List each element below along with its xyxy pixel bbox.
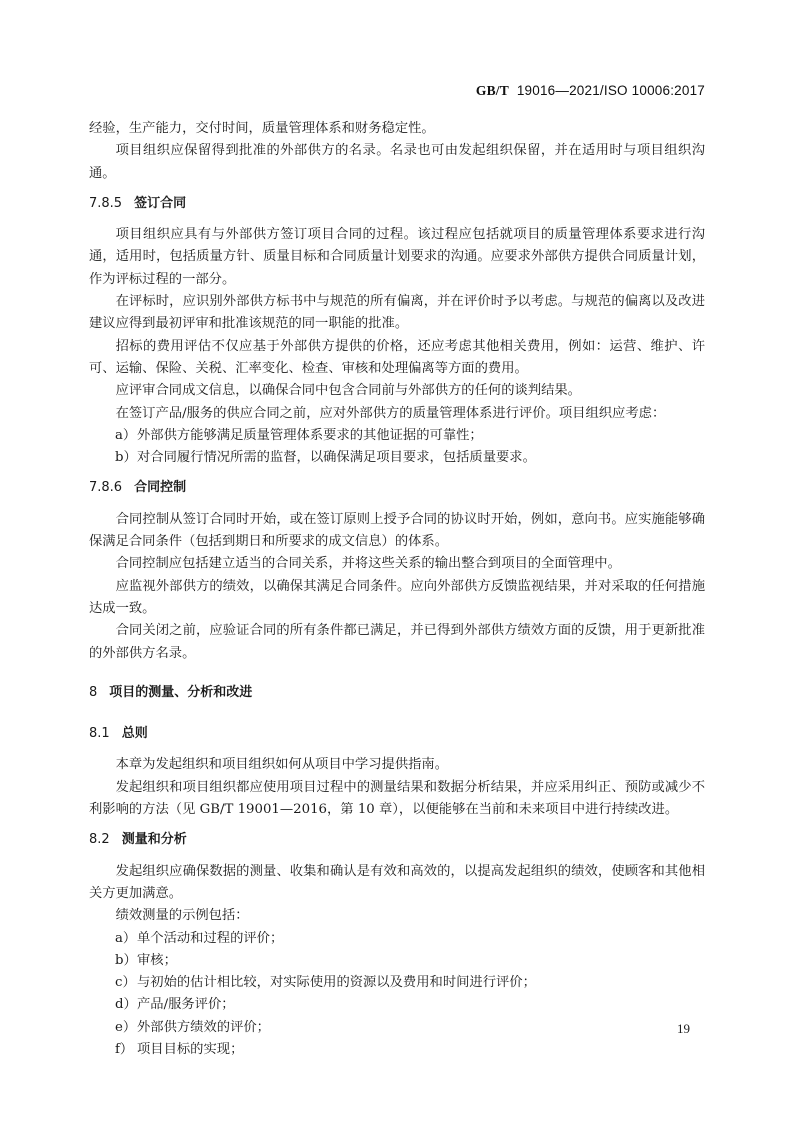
section-number: 8.2	[89, 829, 110, 851]
paragraph: 本章为发起组织和项目组织如何从项目中学习提供指南。	[89, 754, 705, 776]
section-number: 8	[89, 682, 97, 704]
list-label: b）	[115, 447, 137, 469]
paragraph: 绩效测量的示例包括：	[89, 905, 705, 927]
section-number: 7.8.5	[89, 193, 122, 215]
paragraph: 在评标时，应识别外部供方标书中与规范的所有偏离，并在评价时予以考虑。与规范的偏离…	[89, 291, 705, 336]
section-title: 总则	[122, 723, 148, 745]
list-text: 外部供方绩效的评价；	[137, 1017, 270, 1039]
list-item: c） 与初始的估计相比较，对实际使用的资源以及费用和时间进行评价；	[89, 972, 705, 994]
section-title: 项目的测量、分析和改进	[109, 682, 252, 704]
standard-header: GB/T 19016—2021/ISO 10006:2017	[476, 83, 705, 99]
paragraph: 项目组织应具有与外部供方签订项目合同的过程。该过程应包括就项目的质量管理体系要求…	[89, 224, 705, 291]
section-number: 8.1	[89, 723, 110, 745]
list-item: e） 外部供方绩效的评价；	[89, 1017, 705, 1039]
chapter-heading-8: 8 项目的测量、分析和改进	[89, 682, 705, 704]
list-text: 项目目标的实现；	[137, 1039, 243, 1061]
list-item: f） 项目目标的实现；	[89, 1039, 705, 1061]
paragraph: 发起组织应确保数据的测量、收集和确认是有效和高效的，以提高发起组织的绩效，使顾客…	[89, 861, 705, 906]
paragraph: 经验，生产能力，交付时间，质量管理体系和财务稳定性。	[89, 118, 705, 140]
page-body: 经验，生产能力，交付时间，质量管理体系和财务稳定性。 项目组织应保留得到批准的外…	[89, 118, 705, 1061]
section-title: 测量和分析	[122, 829, 187, 851]
section-heading-8-2: 8.2 测量和分析	[89, 829, 705, 851]
paragraph: 招标的费用评估不仅应基于外部供方提供的价格，还应考虑其他相关费用，例如：运营、维…	[89, 336, 705, 381]
list-item: b） 审核；	[89, 950, 705, 972]
list-label: d）	[115, 994, 137, 1016]
paragraph: 应监视外部供方的绩效，以确保其满足合同条件。应向外部供方反馈监视结果，并对采取的…	[89, 576, 705, 621]
list-text: 审核；	[137, 950, 177, 972]
list-label: e）	[115, 1017, 137, 1039]
list-text: 对合同履行情况所需的监督，以确保满足项目要求，包括质量要求。	[137, 447, 536, 469]
list-label: a）	[115, 928, 137, 950]
section-heading-7-8-6: 7.8.6 合同控制	[89, 477, 705, 499]
paragraph: 应评审合同成文信息，以确保合同中包含合同前与外部供方的任何的谈判结果。	[89, 380, 705, 402]
section-title: 合同控制	[134, 477, 186, 499]
standard-code: 19016—2021/ISO 10006:2017	[517, 83, 705, 98]
paragraph: 发起组织和项目组织都应使用项目过程中的测量结果和数据分析结果，并应采用纠正、预防…	[89, 777, 705, 822]
list-text: 单个活动和过程的评价；	[137, 928, 283, 950]
list-label: f）	[115, 1039, 137, 1061]
list-item: a） 单个活动和过程的评价；	[89, 928, 705, 950]
list-label: b）	[115, 950, 137, 972]
paragraph: 在签订产品/服务的供应合同之前，应对外部供方的质量管理体系进行评价。项目组织应考…	[89, 403, 705, 425]
list-label: a）	[115, 425, 137, 447]
list-text: 外部供方能够满足质量管理体系要求的其他证据的可靠性；	[137, 425, 483, 447]
paragraph: 合同关闭之前，应验证合同的所有条件都已满足，并已得到外部供方绩效方面的反馈，用于…	[89, 620, 705, 665]
section-heading-8-1: 8.1 总则	[89, 723, 705, 745]
section-number: 7.8.6	[89, 477, 122, 499]
list-item: d） 产品/服务评价；	[89, 994, 705, 1016]
section-heading-7-8-5: 7.8.5 签订合同	[89, 193, 705, 215]
paragraph: 合同控制应包括建立适当的合同关系，并将这些关系的输出整合到项目的全面管理中。	[89, 553, 705, 575]
paragraph: 项目组织应保留得到批准的外部供方的名录。名录也可由发起组织保留，并在适用时与项目…	[89, 140, 705, 185]
page-number: 19	[677, 1021, 690, 1037]
list-label: c）	[115, 972, 137, 994]
list-text: 产品/服务评价；	[137, 994, 235, 1016]
standard-prefix: GB/T	[476, 83, 509, 98]
list-item: a） 外部供方能够满足质量管理体系要求的其他证据的可靠性；	[89, 425, 705, 447]
list-item: b） 对合同履行情况所需的监督，以确保满足项目要求，包括质量要求。	[89, 447, 705, 469]
section-title: 签订合同	[134, 193, 186, 215]
list-text: 与初始的估计相比较，对实际使用的资源以及费用和时间进行评价；	[137, 972, 536, 994]
paragraph: 合同控制从签订合同时开始，或在签订原则上授予合同的协议时开始，例如，意向书。应实…	[89, 509, 705, 554]
